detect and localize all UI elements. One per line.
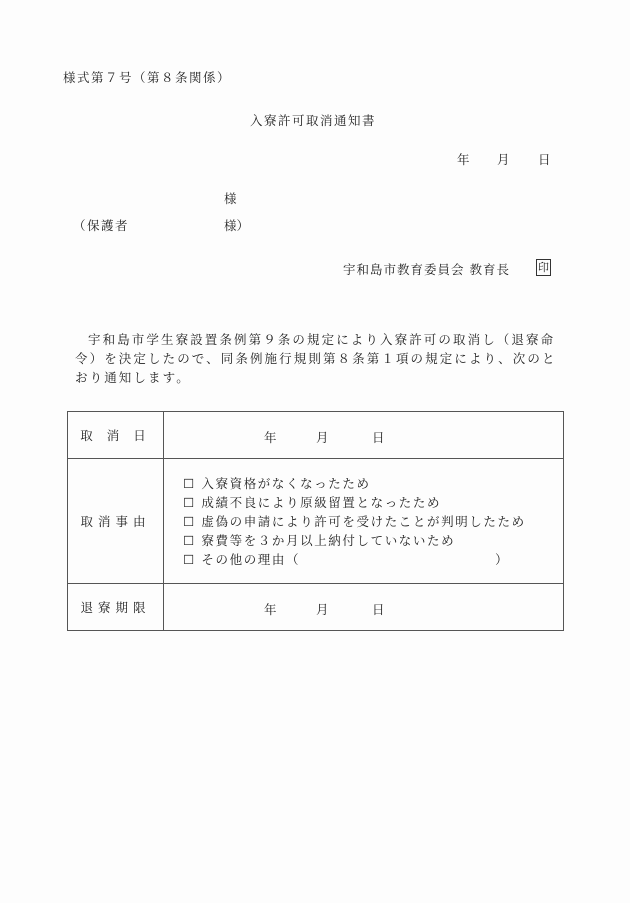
issue-date-day: 日 bbox=[538, 150, 551, 168]
reason-item[interactable]: ☐ 入寮資格がなくなったため bbox=[183, 474, 563, 493]
cancellation-table: 取 消 日 年 月 日 取消事由 ☐ 入寮資格がなくなったため ☐ 成績不良によ… bbox=[67, 411, 564, 631]
cancel-date-value: 年 月 日 bbox=[164, 412, 564, 459]
body-text: 宇和島市学生寮設置条例第９条の規定により入寮許可の取消し（退寮命令）を決定したの… bbox=[75, 330, 560, 387]
cancel-date-label: 取 消 日 bbox=[68, 412, 164, 459]
cancel-date-day: 日 bbox=[372, 428, 385, 446]
reason-item[interactable]: ☐ 虚偽の申請により許可を受けたことが判明したため bbox=[183, 512, 563, 531]
checkbox-icon[interactable]: ☐ bbox=[183, 495, 196, 510]
cancel-reason-label: 取消事由 bbox=[68, 459, 164, 584]
cancel-reason-list: ☐ 入寮資格がなくなったため ☐ 成績不良により原級留置となったため ☐ 虚偽の… bbox=[164, 459, 564, 584]
guardian-suffix: 様） bbox=[224, 216, 249, 234]
addressee-suffix: 様 bbox=[224, 189, 237, 207]
guardian-label: （保護者 bbox=[73, 216, 129, 234]
issue-date-month: 月 bbox=[497, 150, 510, 168]
document-title: 入寮許可取消通知書 bbox=[250, 111, 376, 129]
leave-deadline-month: 月 bbox=[316, 600, 329, 618]
reason-item[interactable]: ☐ 寮費等を３か月以上納付していないため bbox=[183, 531, 563, 550]
leave-deadline-value: 年 月 日 bbox=[164, 584, 564, 631]
form-number: 様式第７号（第８条関係） bbox=[63, 68, 231, 86]
leave-deadline-label: 退寮期限 bbox=[68, 584, 164, 631]
table-row-cancel-date: 取 消 日 年 月 日 bbox=[68, 412, 564, 459]
reason-item-other[interactable]: ☐ その他の理由（） bbox=[183, 550, 563, 569]
issue-date-year: 年 bbox=[457, 150, 470, 168]
leave-deadline-year: 年 bbox=[264, 600, 277, 618]
cancel-date-month: 月 bbox=[316, 428, 329, 446]
checkbox-icon[interactable]: ☐ bbox=[183, 533, 196, 548]
checkbox-icon[interactable]: ☐ bbox=[183, 476, 196, 491]
seal-mark: 印 bbox=[536, 259, 551, 276]
cancel-date-year: 年 bbox=[264, 428, 277, 446]
reason-item[interactable]: ☐ 成績不良により原級留置となったため bbox=[183, 493, 563, 512]
leave-deadline-day: 日 bbox=[372, 600, 385, 618]
checkbox-icon[interactable]: ☐ bbox=[183, 552, 196, 567]
table-row-cancel-reason: 取消事由 ☐ 入寮資格がなくなったため ☐ 成績不良により原級留置となったため … bbox=[68, 459, 564, 584]
sender-name: 宇和島市教育委員会 教育長 bbox=[343, 260, 510, 278]
table-row-leave-deadline: 退寮期限 年 月 日 bbox=[68, 584, 564, 631]
checkbox-icon[interactable]: ☐ bbox=[183, 514, 196, 529]
